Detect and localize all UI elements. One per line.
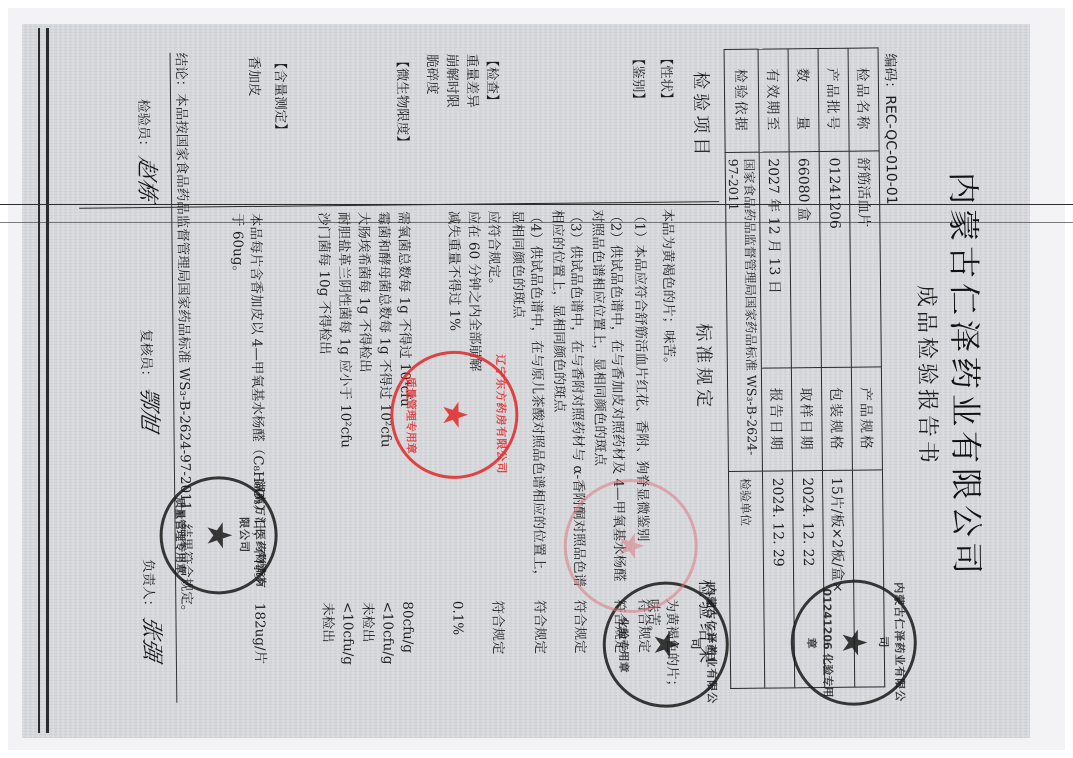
row-result (294, 603, 295, 703)
row-result: 未检出 (318, 602, 337, 702)
row-result: 符合规定 (570, 599, 589, 699)
star-icon: ★ (649, 629, 683, 660)
binding-edge-line (38, 28, 40, 733)
row-result: 182ug/片 (250, 603, 269, 703)
report-date: 2024. 12. 29 (762, 471, 794, 688)
row-result: 符合规定 (488, 600, 507, 700)
company-batch-stamp: 内蒙古仁泽药业有限公司 ★ 01241206 化验专用章 (790, 579, 917, 706)
star-icon: ★ (201, 520, 235, 551)
reviewer-signature: 复核员：鄂旭 (134, 329, 166, 431)
star-icon: ★ (614, 531, 648, 562)
star-icon: ★ (837, 627, 871, 658)
row-item-label (623, 52, 625, 202)
manager-signature: 负责人：张强 (137, 559, 169, 661)
batch-number: 01241206 (819, 151, 851, 368)
receiver-stamp: 辽宁东方药房有限公司 ★ 质量管理专用章 (390, 350, 519, 479)
row-standard: 耐胆盐革兰阴性菌每 1g 应小于 10²cfu (334, 212, 356, 592)
row-result: <10cfu/g (338, 602, 357, 702)
document-code: 编码：REC-QC-010-01 (881, 53, 903, 205)
inspector-signature: 检验员：赵栋 (132, 99, 164, 201)
row-item-label: 【鉴别】 (629, 52, 649, 202)
row-item-label: 【微生物限度】 (393, 54, 413, 204)
inspection-unit: 检验单位 (728, 471, 764, 688)
expiry-date: 2027 年 12 月 13 日 (759, 152, 791, 369)
supplier-stamp: 湖南万汇医药物流有限公司 ★ 质量管理专用章 (159, 476, 278, 595)
row-result: <10cfu/g (378, 601, 397, 701)
pink-stamp: ★ (563, 478, 698, 613)
row-item-label (331, 55, 333, 205)
row-standard (290, 213, 294, 593)
row-result: 0.1% (448, 601, 467, 701)
row-result (486, 601, 487, 701)
binding-edge-line-2 (46, 28, 49, 733)
inspection-basis: 国家食品药品监督管理局国家药品标准 WS₃-B-2624-97-2011 (725, 152, 762, 472)
items-header: 检验项目 (689, 71, 716, 159)
company-name: 内蒙古仁泽药业有限公司 (940, 30, 993, 720)
row-item-label: 【性状】 (657, 52, 677, 202)
standard-header: 标准规定 (691, 323, 718, 411)
row-result (446, 601, 447, 701)
row-item-label: 【含量测定】 (271, 56, 291, 206)
conclusion: 结论：本品按国家食品药品监督管理局国家药品标准 WS₃-B-2624-97-20… (170, 53, 200, 703)
inspection-report: 内蒙古仁泽药业有限公司 成品检验报告书 编码：REC-QC-010-01 检品名… (72, 30, 999, 730)
row-item-label: 崩解时限 (443, 54, 463, 204)
row-item-label: 【检查】 (483, 53, 503, 203)
quantity: 66080 盒 (789, 151, 821, 368)
row-result: 未检出 (358, 602, 377, 702)
row-result: 符合规定 (530, 600, 549, 700)
row-standard: 大肠埃希菌每 1g 不得检出 (354, 212, 376, 592)
row-item-label (351, 55, 353, 205)
row-item-label: 重量差异 (463, 54, 483, 204)
row-item-label (371, 55, 373, 205)
row-item-label (583, 52, 585, 202)
star-icon: ★ (437, 399, 471, 430)
row-item-label: 香加皮 (245, 56, 265, 206)
row-standard: 沙门菌每 10g 不得检出 (314, 212, 336, 592)
row-result: 80cfu/g (398, 601, 417, 701)
row-item-label: 脆碎度 (423, 54, 443, 204)
row-item-label (543, 53, 545, 203)
product-name: 舒筋活血片 (849, 151, 881, 368)
